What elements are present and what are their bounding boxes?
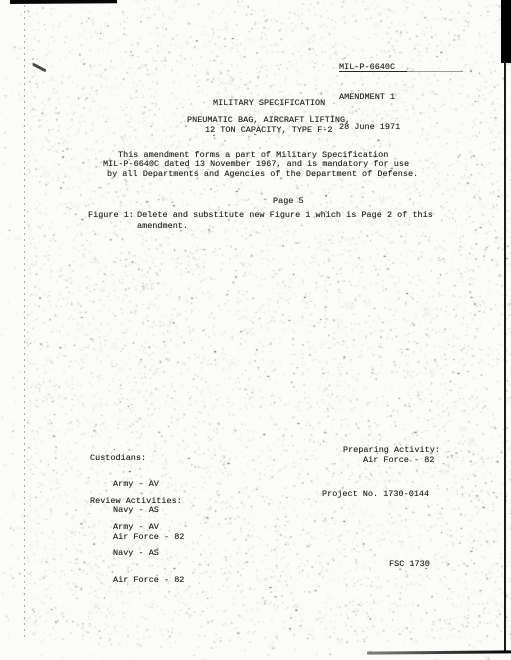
figure-label: Figure 1: <box>88 211 134 221</box>
page-reference: Page 5 <box>273 197 304 207</box>
review-activity-item: Navy - AS <box>113 549 184 558</box>
scan-artifact-right-edge-line <box>504 60 506 652</box>
project-number: Project No. 1730-0144 <box>322 490 429 500</box>
body-line3: by all Departments and Agencies of the D… <box>107 170 418 180</box>
custodian-item: Army - AV <box>113 480 184 489</box>
spec-heading: MILITARY SPECIFICATION <box>213 99 325 109</box>
spec-title-line2: 12 TON CAPACITY, TYPE F-2 <box>205 126 333 136</box>
review-activities-list: Army - AV Navy - AS Air Force - 82 <box>113 506 184 603</box>
doc-number-block: MIL-P-6640C AMENDMENT 1 28 June 1971 <box>339 42 400 152</box>
preparing-activity-value: Air Force - 82 <box>363 456 434 466</box>
review-activity-item: Army - AV <box>113 523 184 532</box>
document-page: MIL-P-6640C AMENDMENT 1 28 June 1971 MIL… <box>0 0 511 660</box>
doc-date-underline <box>339 71 463 72</box>
doc-amendment: AMENDMENT 1 <box>339 92 400 102</box>
fsc-code: FSC 1730 <box>389 560 430 570</box>
figure-instruction-line2: amendment. <box>137 222 188 232</box>
scan-artifact-left-fold-line <box>24 5 25 637</box>
figure-instruction-line1: Delete and substitute new Figure 1 which… <box>137 211 433 221</box>
scan-artifact-top-right-block <box>501 0 511 63</box>
review-activity-item: Air Force - 82 <box>113 576 184 585</box>
